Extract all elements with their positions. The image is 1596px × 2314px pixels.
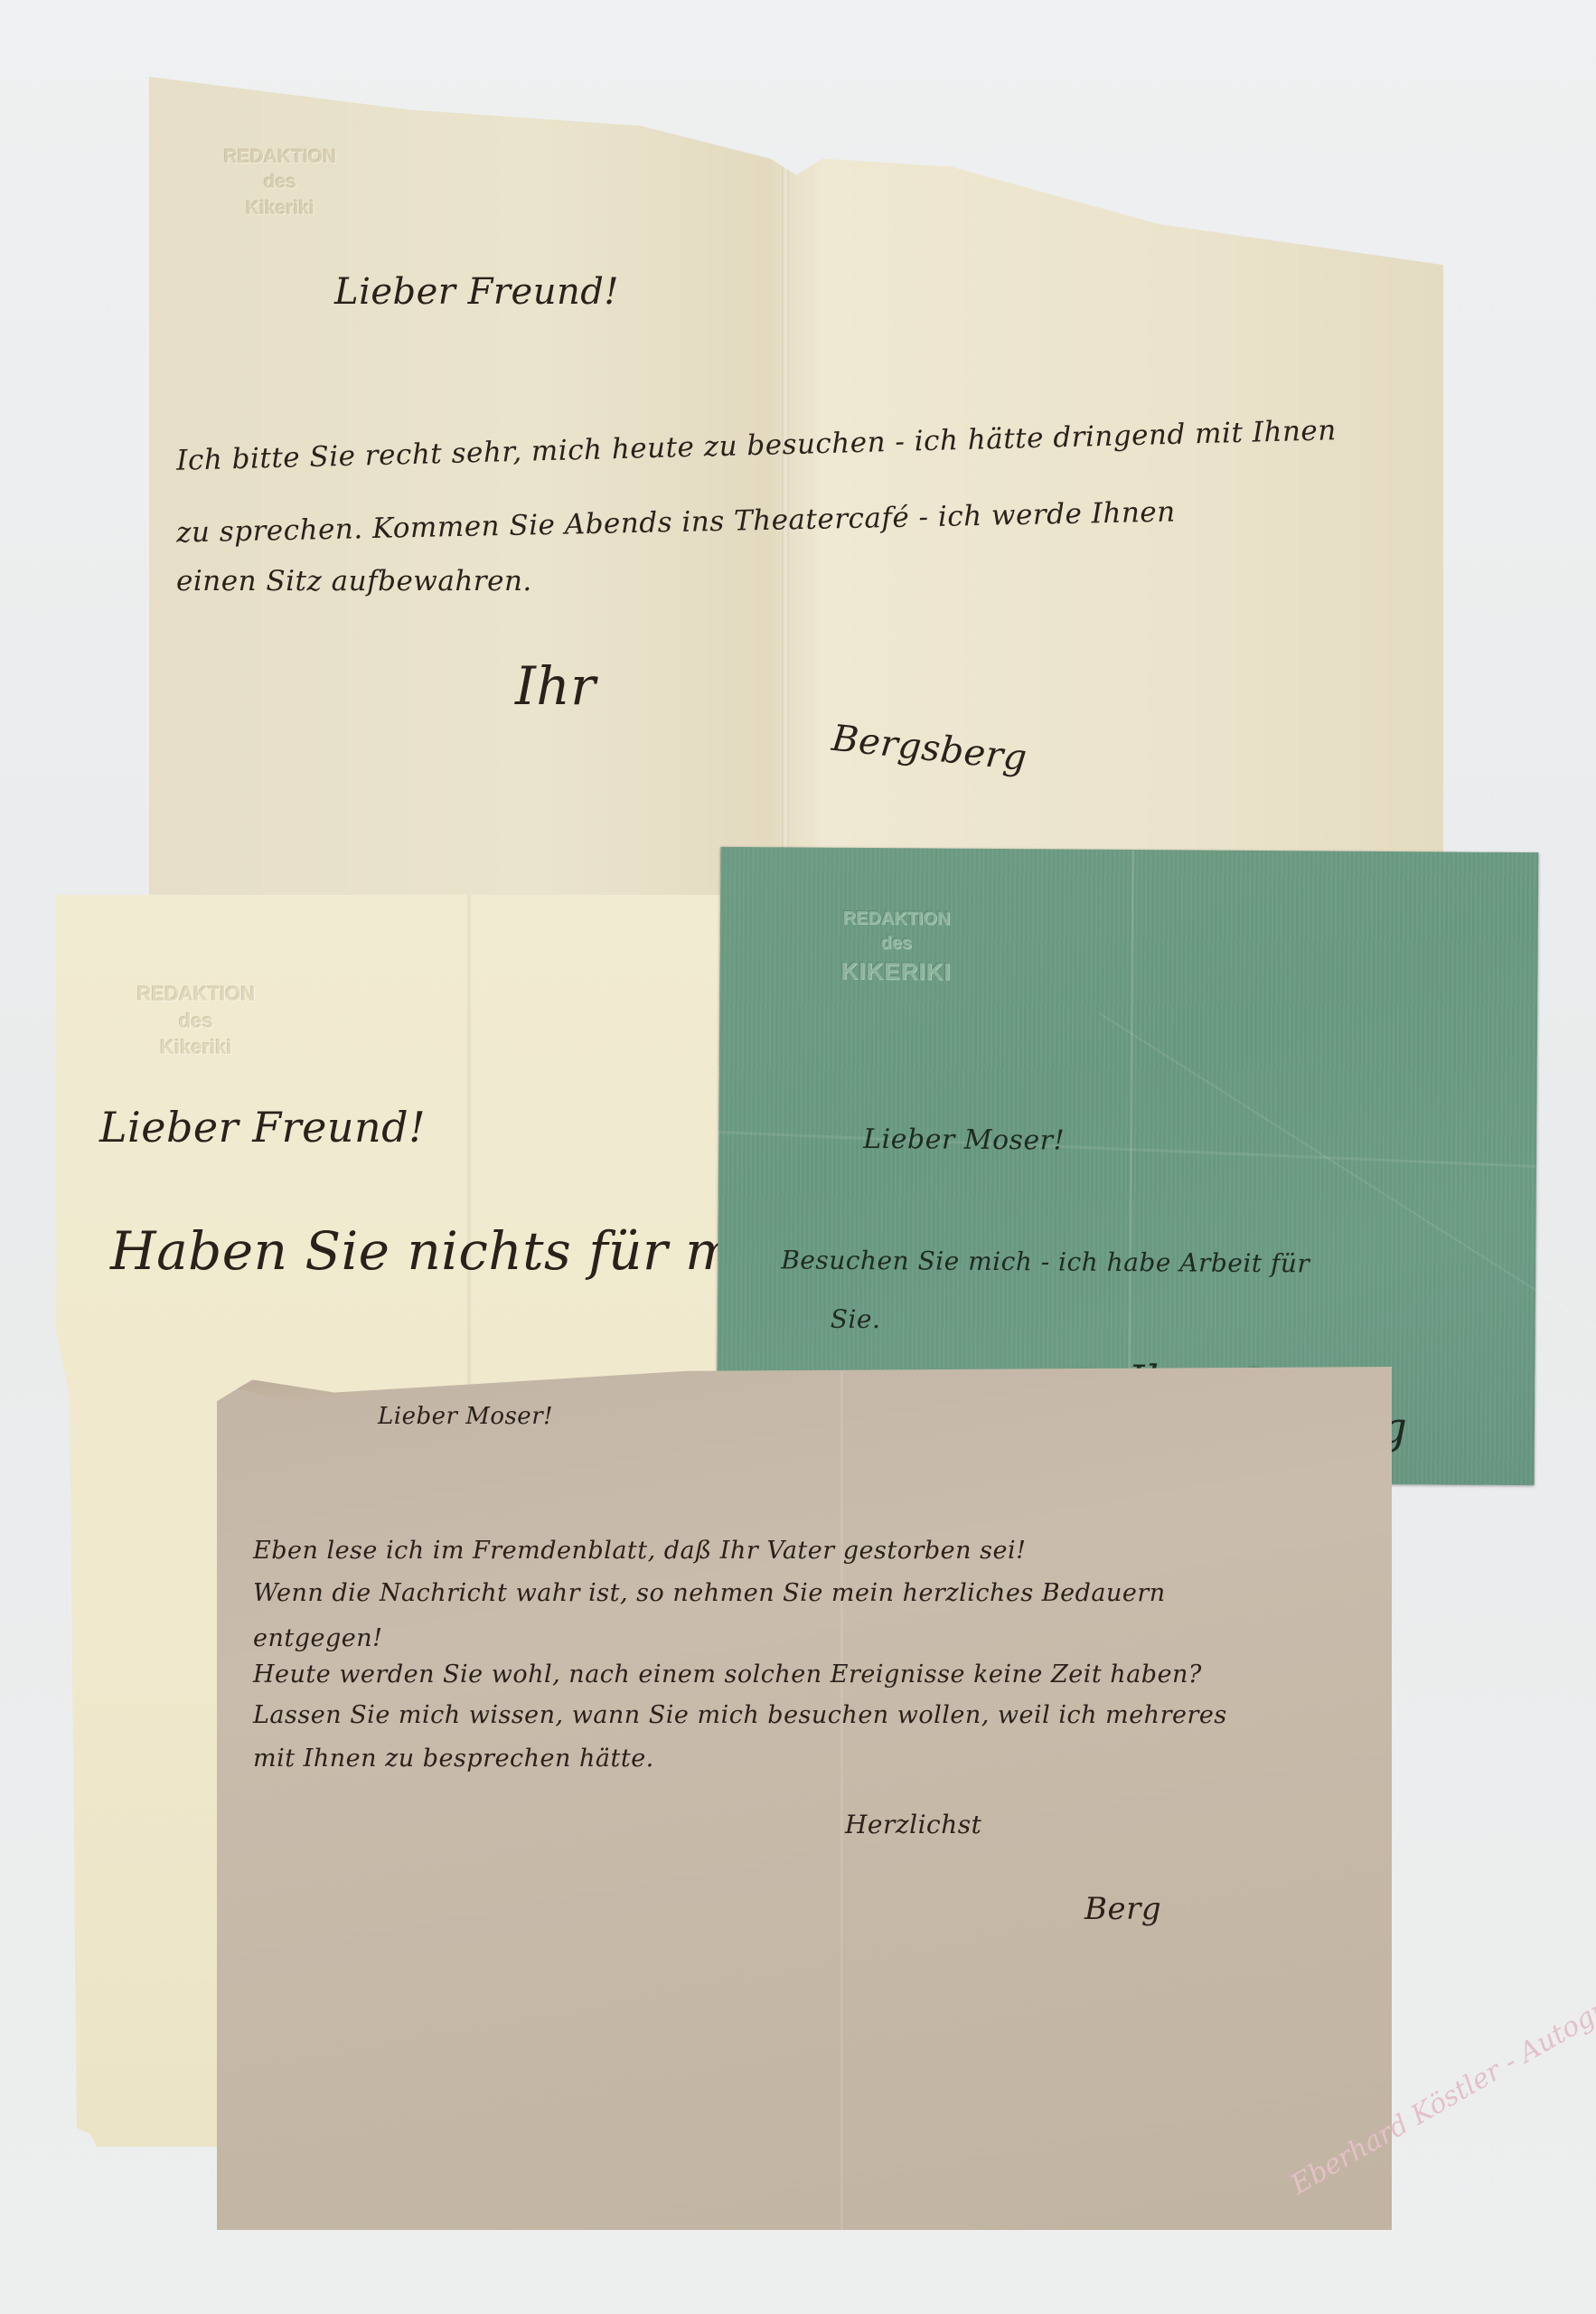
- paper-crease: [1099, 1012, 1596, 1353]
- embossed-letterhead: REDAKTION des KIKERIKI: [805, 907, 987, 988]
- letter-sheet-1: REDAKTION des Kikeriki Lieber Freund! Ic…: [149, 77, 1443, 895]
- letterhead-line: Kikeriki: [217, 196, 343, 221]
- body-line: Heute werden Sie wohl, nach einem solche…: [253, 1660, 1202, 1688]
- salutation: Lieber Freund!: [334, 271, 619, 313]
- body-line: Besuchen Sie mich - ich habe Arbeit für: [781, 1245, 1310, 1278]
- letterhead-line: REDAKTION: [101, 981, 291, 1008]
- paper-crease: [718, 1131, 1535, 1168]
- signature: Bergsberg: [830, 718, 1028, 779]
- salutation: Lieber Freund!: [99, 1103, 426, 1152]
- body-line: einen Sitz aufbewahren.: [176, 565, 532, 597]
- body-line: Haben Sie nichts für mich: [110, 1220, 817, 1282]
- body-line: Lassen Sie mich wissen, wann Sie mich be…: [253, 1701, 1227, 1729]
- body-line: Wenn die Nachricht wahr ist, so nehmen S…: [253, 1579, 1166, 1607]
- letterhead-line: Kikeriki: [101, 1034, 291, 1061]
- paper-fold: [840, 1367, 843, 2230]
- letter-sheet-4-brown: Lieber Moser! Eben lese ich im Fremdenbl…: [217, 1367, 1392, 2230]
- letterhead-line: des: [217, 170, 343, 195]
- signature: Berg: [1084, 1891, 1161, 1927]
- closing: Ihr: [515, 655, 596, 717]
- embossed-letterhead: REDAKTION des Kikeriki: [217, 145, 343, 221]
- body-line: entgegen!: [253, 1624, 382, 1652]
- body-line: Eben lese ich im Fremdenblatt, daß Ihr V…: [253, 1537, 1026, 1565]
- letterhead-line: KIKERIKI: [805, 955, 986, 988]
- letterhead-line: REDAKTION: [217, 145, 343, 170]
- closing: Herzlichst: [845, 1810, 981, 1839]
- letterhead-line: REDAKTION: [806, 907, 987, 932]
- embossed-letterhead: REDAKTION des Kikeriki: [101, 981, 291, 1061]
- body-line: Sie.: [831, 1304, 881, 1334]
- body-line: mit Ihnen zu besprechen hätte.: [253, 1745, 654, 1773]
- paper-fold: [782, 77, 789, 895]
- salutation: Lieber Moser!: [378, 1403, 553, 1430]
- body-line: Ich bitte Sie recht sehr, mich heute zu …: [176, 414, 1337, 477]
- body-line: zu sprechen. Kommen Sie Abends ins Theat…: [176, 495, 1176, 549]
- salutation: Lieber Moser!: [863, 1124, 1065, 1157]
- letterhead-line: des: [101, 1008, 291, 1035]
- letterhead-line: des: [806, 931, 987, 956]
